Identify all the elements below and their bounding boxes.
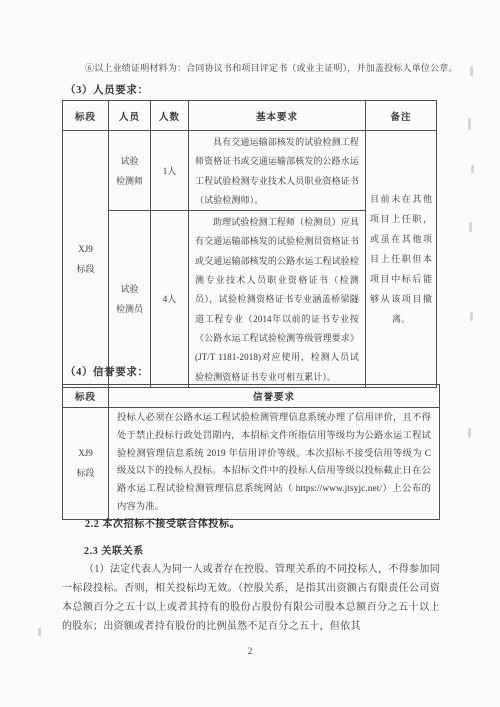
- person-cell: 试验 检测师: [109, 131, 151, 211]
- evidence-note: ⑥以上业绩证明材料为：合同协议书和项目评定书（或业主证明），并加盖投标人单位公章…: [85, 61, 485, 74]
- section3-heading: （3）人员要求：: [65, 82, 149, 97]
- segment-label-line1: XJ9: [63, 239, 108, 259]
- segment-label-line2: 标段: [63, 463, 108, 483]
- person-label-line1: 试验: [109, 151, 150, 171]
- col-header-requirement: 基本要求: [189, 101, 366, 131]
- segment-cell: XJ9 标段: [63, 131, 109, 388]
- personnel-table-header-row: 标段 人员 人数 基本要求 备注: [63, 101, 437, 131]
- col-header-credit: 信誉要求: [109, 385, 440, 408]
- count-cell: 1人: [151, 131, 189, 211]
- credit-requirement-cell: 投标人必须在公路水运工程试验检测管理信息系统办理了信用评价，且不得处于禁止投标行…: [109, 408, 440, 520]
- credit-table: 标段 信誉要求 XJ9 标段 投标人必须在公路水运工程试验检测管理信息系统办理了…: [62, 384, 440, 520]
- clause-2-3: 2.3 关联关系: [84, 542, 144, 557]
- scan-artifact: [471, 165, 474, 173]
- segment-label-line2: 标段: [63, 259, 108, 279]
- scan-artifact: [469, 222, 472, 232]
- person-label-line2: 检测师: [109, 171, 150, 191]
- document-page: ⑥以上业绩证明材料为：合同协议书和项目评定书（或业主证明），并加盖投标人单位公章…: [0, 0, 500, 707]
- remark-cell: 目前未在其他项目上任职，或虽在其他项目上任职但本项目中标后能够从该项目撤离。: [366, 131, 437, 388]
- clause-2-3-paragraph-1: （1）法定代表人为同一人或者存在控股、管理关系的不同投标人，不得参加同一标段投标…: [62, 560, 440, 636]
- table-row: XJ9 标段 试验 检测师 1人 具有交通运输部核发的试验检测工程师资格证书或交…: [63, 131, 437, 211]
- person-label-line1: 试验: [109, 279, 150, 299]
- requirement-cell: 具有交通运输部核发的试验检测工程师资格证书或交通运输部核发的公路水运工程试验检测…: [189, 131, 366, 211]
- person-cell: 试验 检测员: [109, 211, 151, 388]
- col-header-segment: 标段: [63, 385, 109, 408]
- table-row: XJ9 标段 投标人必须在公路水运工程试验检测管理信息系统办理了信用评价，且不得…: [63, 408, 440, 520]
- scan-artifact: [470, 66, 473, 76]
- segment-label-line1: XJ9: [63, 443, 108, 463]
- requirement-cell: 助理试验检测工程师（检测员）应具有交通运输部核发的试验检测员资格证书或交通运输部…: [189, 211, 366, 388]
- page-number: 2: [0, 647, 500, 657]
- scan-artifact: [38, 628, 41, 636]
- col-header-count: 人数: [151, 101, 189, 131]
- person-label-line2: 检测员: [109, 299, 150, 319]
- segment-cell: XJ9 标段: [63, 408, 109, 520]
- clause-2-2: 2.2 本次招标不接受联合体投标。: [85, 515, 240, 530]
- personnel-table: 标段 人员 人数 基本要求 备注 XJ9 标段 试验 检测师 1人 具有交通运输…: [62, 100, 437, 388]
- scan-artifact: [468, 118, 471, 130]
- scan-artifact: [468, 428, 471, 438]
- col-header-person: 人员: [109, 101, 151, 131]
- section4-heading: （4）信誉要求：: [65, 364, 149, 379]
- scan-artifact: [470, 312, 473, 321]
- col-header-remark: 备注: [366, 101, 437, 131]
- col-header-segment: 标段: [63, 101, 109, 131]
- credit-table-header-row: 标段 信誉要求: [63, 385, 440, 408]
- count-cell: 4人: [151, 211, 189, 388]
